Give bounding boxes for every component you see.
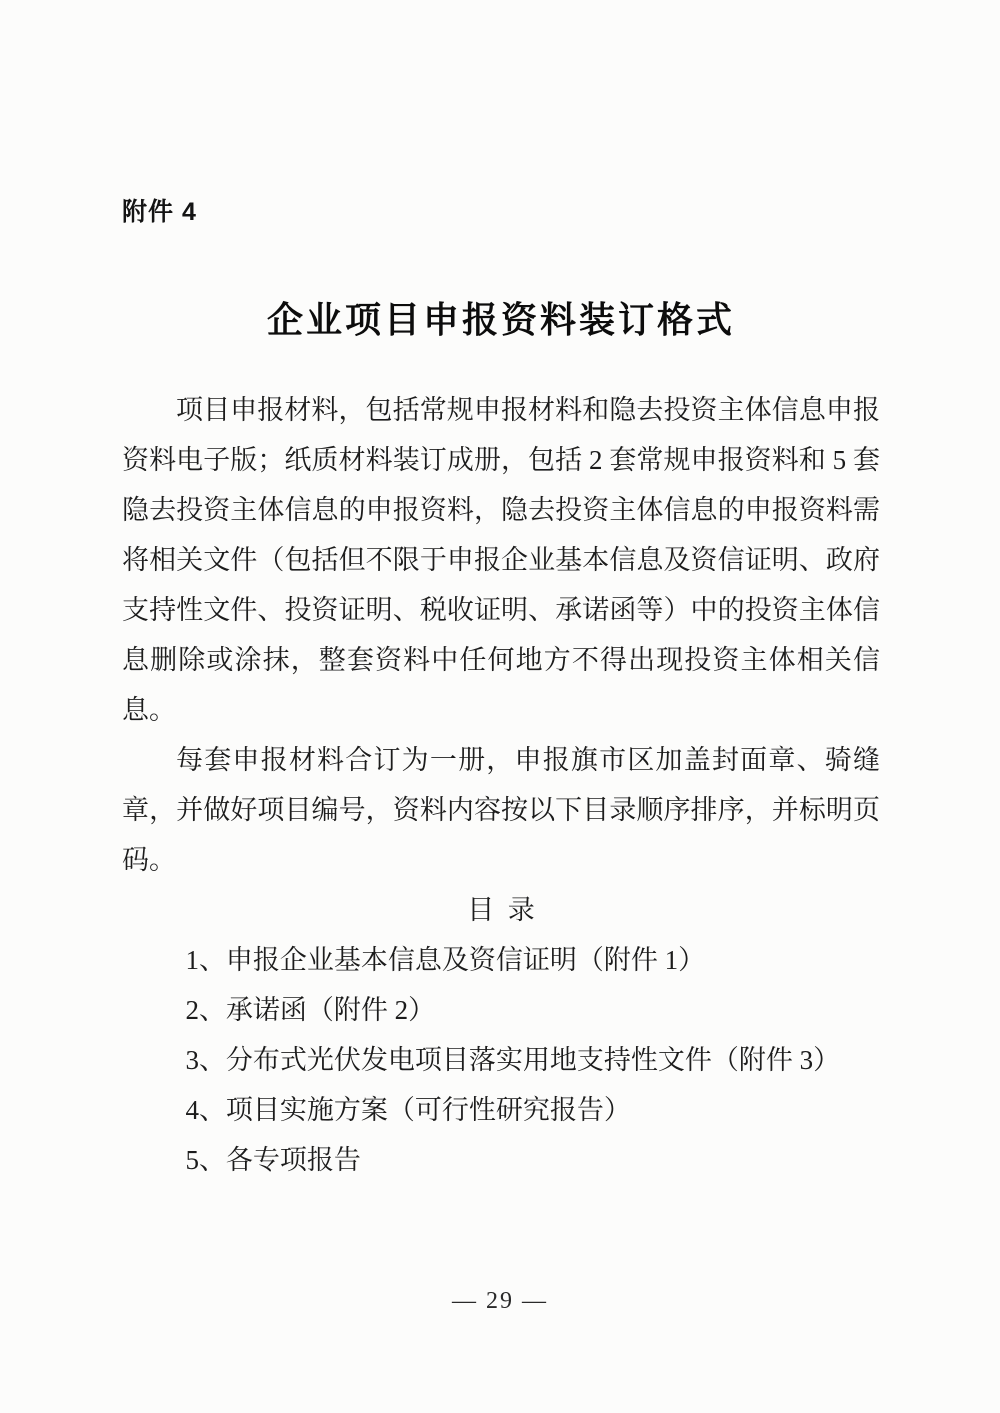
body-paragraph: 每套申报材料合订为一册，申报旗市区加盖封面章、骑缝章，并做好项目编号，资料内容按… xyxy=(122,735,880,885)
toc-item: 1、申报企业基本信息及资信证明（附件 1） xyxy=(122,935,880,985)
document-page: 附件 4 企业项目申报资料装订格式 项目申报材料，包括常规申报材料和隐去投资主体… xyxy=(0,0,1000,1413)
toc-item: 4、项目实施方案（可行性研究报告） xyxy=(122,1085,880,1135)
toc-item: 3、分布式光伏发电项目落实用地支持性文件（附件 3） xyxy=(122,1035,880,1085)
document-title: 企业项目申报资料装订格式 xyxy=(122,292,880,343)
page-number: — 29 — xyxy=(0,1288,1000,1315)
toc-heading: 目 录 xyxy=(122,885,880,935)
toc-item: 2、承诺函（附件 2） xyxy=(122,985,880,1035)
body-paragraph: 项目申报材料，包括常规申报材料和隐去投资主体信息申报资料电子版；纸质材料装订成册… xyxy=(122,385,880,735)
toc-item: 5、各专项报告 xyxy=(122,1135,880,1185)
toc-list: 1、申报企业基本信息及资信证明（附件 1） 2、承诺函（附件 2） 3、分布式光… xyxy=(122,935,880,1185)
document-body: 项目申报材料，包括常规申报材料和隐去投资主体信息申报资料电子版；纸质材料装订成册… xyxy=(122,385,880,1185)
attachment-label: 附件 4 xyxy=(122,192,880,228)
